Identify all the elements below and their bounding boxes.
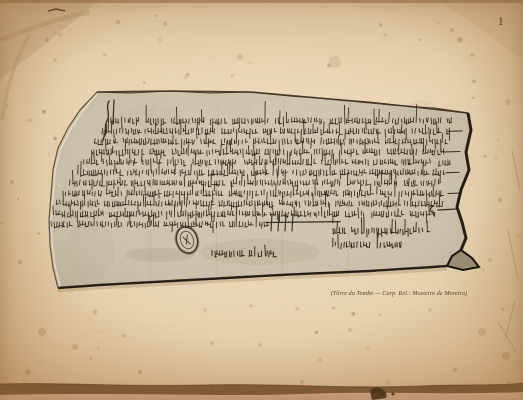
album-page: 1 (Tôrre do Tombo — Corp. Rel.: Mosteiro…	[0, 0, 523, 400]
manuscript-photo-plate	[0, 0, 523, 400]
page-number: 1	[493, 14, 509, 29]
figure-caption: (Tôrre do Tombo — Corp. Rel.: Mosteiro d…	[330, 291, 468, 298]
